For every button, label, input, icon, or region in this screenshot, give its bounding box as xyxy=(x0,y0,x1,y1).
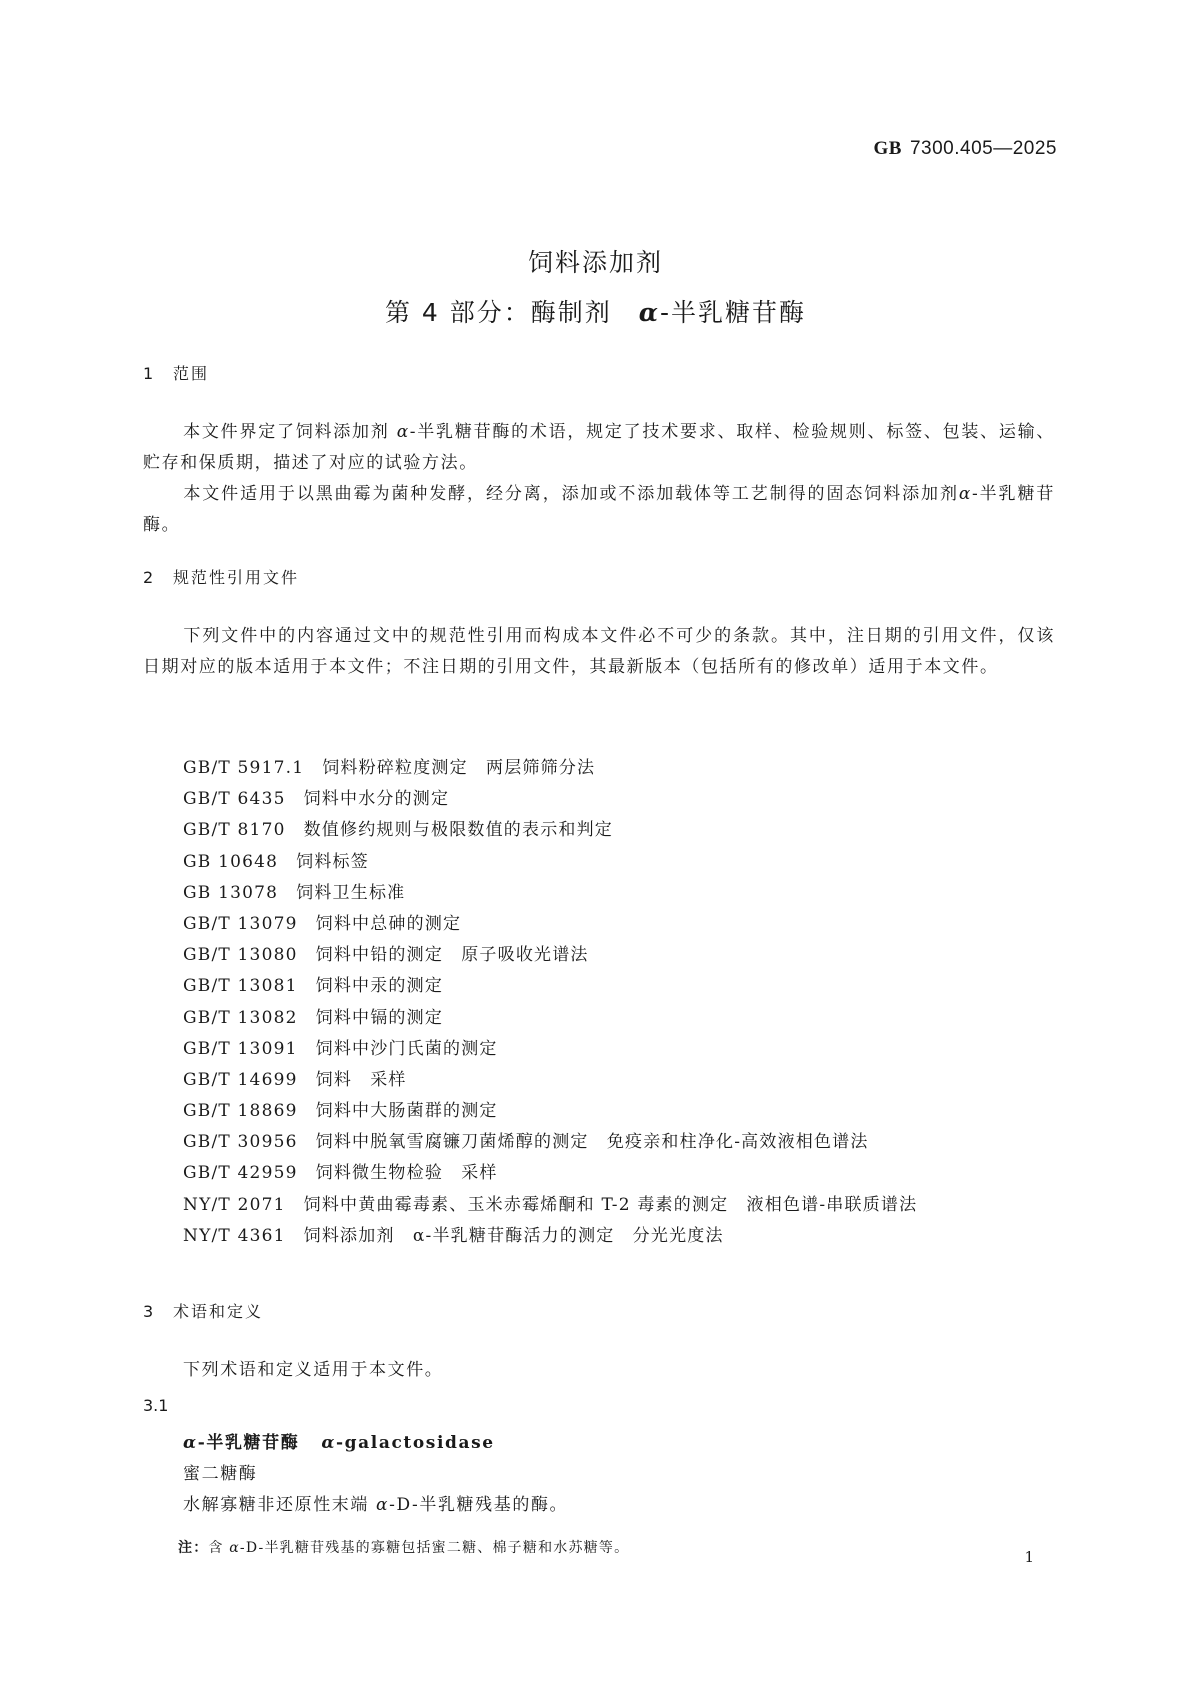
section-number: 2 xyxy=(143,568,173,587)
reference-code: NY/T 4361 xyxy=(183,1221,286,1252)
terms-intro: 下列术语和定义适用于本文件。 xyxy=(143,1355,1055,1386)
reference-code: GB/T 30956 xyxy=(183,1127,298,1158)
reference-code: GB/T 18869 xyxy=(183,1096,298,1127)
standard-prefix: GB xyxy=(874,138,902,159)
reference-code: GB 13078 xyxy=(183,878,278,909)
reference-title: 饲料标签 xyxy=(296,852,369,872)
term-entry: α-半乳糖苷酶α-galactosidase 蜜二糖酶 水解寡糖非还原性末端 α… xyxy=(183,1428,568,1521)
term-definition: 水解寡糖非还原性末端 α-D-半乳糖残基的酶。 xyxy=(183,1490,568,1521)
section-heading-normative-references: 2规范性引用文件 xyxy=(143,565,299,588)
section-heading-scope: 1范围 xyxy=(143,361,209,384)
reference-item: GB/T 5917.1饲料粉碎粒度测定 两层筛筛分法 xyxy=(183,753,917,784)
reference-title: 饲料中汞的测定 xyxy=(316,976,443,996)
document-title: 饲料添加剂 第 4 部分：酶制剂 α-半乳糖苷酶 xyxy=(0,238,1191,338)
reference-item: GB 13078饲料卫生标准 xyxy=(183,878,917,909)
scope-paragraph-2: 本文件适用于以黑曲霉为菌种发酵，经分离，添加或不添加载体等工艺制得的固态饲料添加… xyxy=(143,479,1055,541)
scope-paragraph-1: 本文件界定了饲料添加剂 α-半乳糖苷酶的术语，规定了技术要求、取样、检验规则、标… xyxy=(143,417,1055,479)
reference-code: GB/T 42959 xyxy=(183,1158,298,1189)
reference-code: GB/T 13082 xyxy=(183,1003,298,1034)
reference-item: GB/T 13080饲料中铅的测定 原子吸收光谱法 xyxy=(183,940,917,971)
clause-number: 3.1 xyxy=(143,1396,168,1415)
reference-code: GB 10648 xyxy=(183,847,278,878)
reference-title: 饲料中黄曲霉毒素、玉米赤霉烯酮和 T-2 毒素的测定 液相色谱-串联质谱法 xyxy=(304,1195,918,1215)
reference-item: GB/T 8170数值修约规则与极限数值的表示和判定 xyxy=(183,815,917,846)
section-title: 术语和定义 xyxy=(173,1302,263,1321)
reference-code: GB/T 5917.1 xyxy=(183,753,304,784)
reference-title: 饲料添加剂 α-半乳糖苷酶活力的测定 分光光度法 xyxy=(304,1226,724,1246)
title-enzyme: -半乳糖苷酶 xyxy=(660,298,806,327)
reference-code: NY/T 2071 xyxy=(183,1190,286,1221)
reference-item: GB/T 13079饲料中总砷的测定 xyxy=(183,909,917,940)
standard-number: 7300.405—2025 xyxy=(910,138,1057,159)
reference-title: 饲料卫生标准 xyxy=(296,883,405,903)
note-label: 注： xyxy=(178,1540,208,1556)
normative-references-intro: 下列文件中的内容通过文中的规范性引用而构成本文件必不可少的条款。其中，注日期的引… xyxy=(143,621,1055,683)
reference-title: 数值修约规则与极限数值的表示和判定 xyxy=(304,820,613,840)
title-line-2: 第 4 部分：酶制剂 α-半乳糖苷酶 xyxy=(0,288,1191,338)
reference-title: 饲料粉碎粒度测定 两层筛筛分法 xyxy=(322,758,595,778)
reference-item: GB/T 13082饲料中镉的测定 xyxy=(183,1003,917,1034)
reference-item: GB/T 42959饲料微生物检验 采样 xyxy=(183,1158,917,1189)
section-title: 范围 xyxy=(173,364,209,383)
standard-code: GB7300.405—2025 xyxy=(874,138,1057,160)
reference-item: GB/T 30956饲料中脱氧雪腐镰刀菌烯醇的测定 免疫亲和柱净化-高效液相色谱… xyxy=(183,1127,917,1158)
reference-item: GB 10648饲料标签 xyxy=(183,847,917,878)
reference-item: GB/T 13091饲料中沙门氏菌的测定 xyxy=(183,1034,917,1065)
reference-code: GB/T 13079 xyxy=(183,909,298,940)
section-number: 1 xyxy=(143,364,173,383)
section-heading-terms-definitions: 3术语和定义 xyxy=(143,1299,263,1322)
title-part: 第 4 部分：酶制剂 xyxy=(385,298,639,327)
term-english: α-galactosidase xyxy=(321,1433,494,1453)
reference-code: GB/T 6435 xyxy=(183,784,286,815)
reference-title: 饲料中镉的测定 xyxy=(316,1008,443,1028)
page-number: 1 xyxy=(1024,1548,1034,1566)
reference-code: GB/T 14699 xyxy=(183,1065,298,1096)
section-title: 规范性引用文件 xyxy=(173,568,299,587)
reference-title: 饲料 采样 xyxy=(316,1070,407,1090)
reference-item: GB/T 6435饲料中水分的测定 xyxy=(183,784,917,815)
reference-code: GB/T 13081 xyxy=(183,971,298,1002)
title-alpha: α xyxy=(639,298,660,327)
reference-title: 饲料中沙门氏菌的测定 xyxy=(316,1039,498,1059)
reference-list: GB/T 5917.1饲料粉碎粒度测定 两层筛筛分法 GB/T 6435饲料中水… xyxy=(183,753,917,1252)
reference-item: NY/T 2071饲料中黄曲霉毒素、玉米赤霉烯酮和 T-2 毒素的测定 液相色谱… xyxy=(183,1190,917,1221)
reference-title: 饲料中总砷的测定 xyxy=(316,914,462,934)
reference-title: 饲料中水分的测定 xyxy=(304,789,450,809)
document-page: GB7300.405—2025 饲料添加剂 第 4 部分：酶制剂 α-半乳糖苷酶… xyxy=(0,0,1191,1685)
reference-title: 饲料中铅的测定 原子吸收光谱法 xyxy=(316,945,589,965)
reference-title: 饲料微生物检验 采样 xyxy=(316,1163,498,1183)
reference-code: GB/T 13091 xyxy=(183,1034,298,1065)
reference-item: NY/T 4361饲料添加剂 α-半乳糖苷酶活力的测定 分光光度法 xyxy=(183,1221,917,1252)
reference-title: 饲料中大肠菌群的测定 xyxy=(316,1101,498,1121)
term-name: α-半乳糖苷酶α-galactosidase xyxy=(183,1428,568,1459)
term-synonym: 蜜二糖酶 xyxy=(183,1459,568,1490)
reference-code: GB/T 8170 xyxy=(183,815,286,846)
reference-code: GB/T 13080 xyxy=(183,940,298,971)
reference-item: GB/T 13081饲料中汞的测定 xyxy=(183,971,917,1002)
reference-item: GB/T 18869饲料中大肠菌群的测定 xyxy=(183,1096,917,1127)
reference-title: 饲料中脱氧雪腐镰刀菌烯醇的测定 免疫亲和柱净化-高效液相色谱法 xyxy=(316,1132,869,1152)
term-note: 注：含 α-D-半乳糖苷残基的寡糖包括蜜二糖、棉子糖和水苏糖等。 xyxy=(178,1537,629,1557)
section-number: 3 xyxy=(143,1302,173,1321)
reference-item: GB/T 14699饲料 采样 xyxy=(183,1065,917,1096)
title-line-1: 饲料添加剂 xyxy=(0,238,1191,288)
